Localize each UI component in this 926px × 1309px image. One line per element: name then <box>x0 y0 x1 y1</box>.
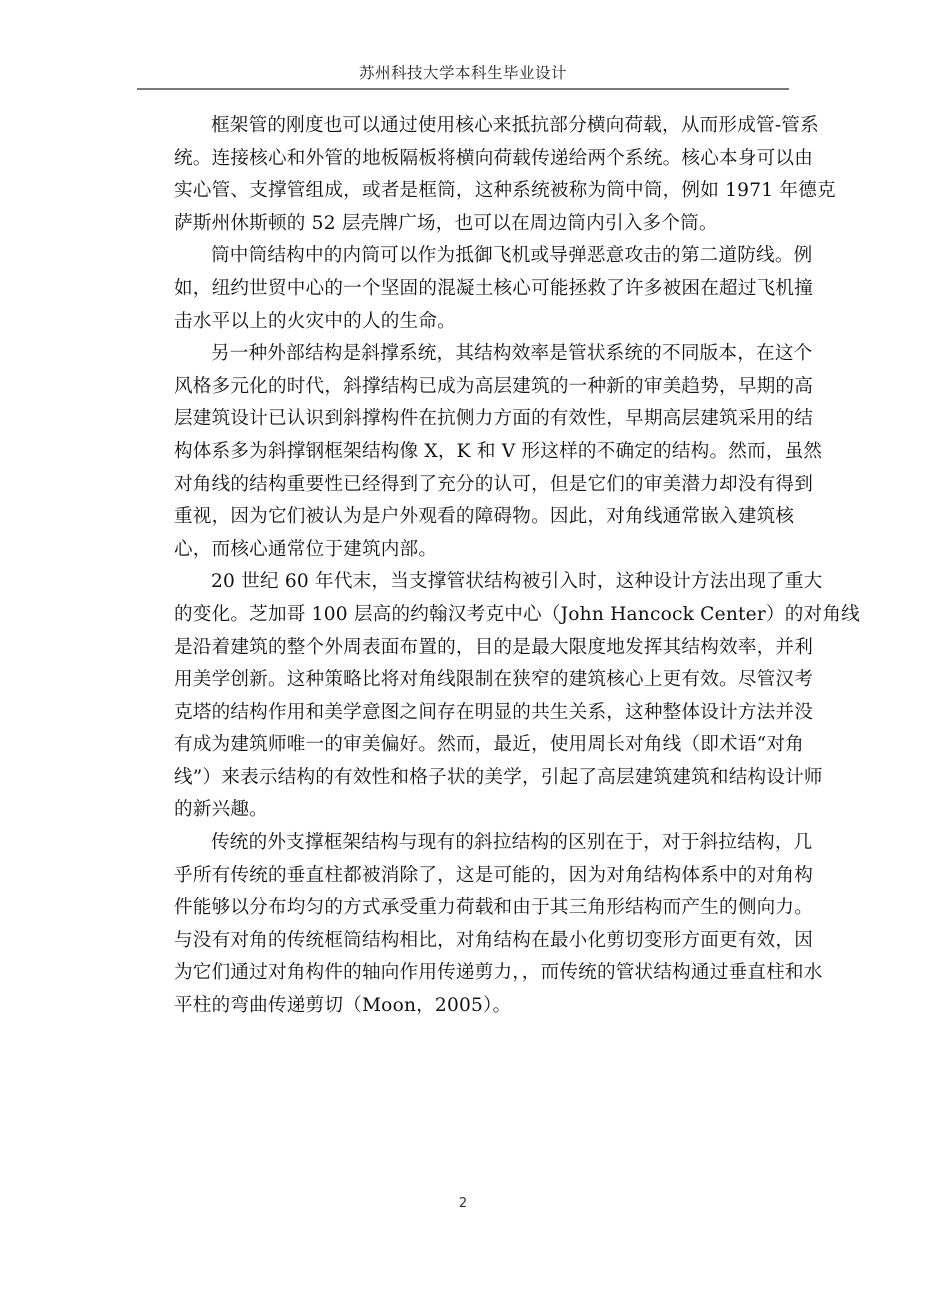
text-line: 击水平以上的火灾中的人的生命。 <box>137 306 789 339</box>
text-line: 层建筑设计已认识到斜撑构件在抗侧力方面的有效性，早期高层建筑采用的结 <box>137 403 789 436</box>
text-line: 心，而核心通常位于建筑内部。 <box>137 534 789 567</box>
text-line: 20 世纪 60 年代末，当支撑管状结构被引入时，这种设计方法出现了重大 <box>137 566 789 599</box>
text-line: 平柱的弯曲传递剪切（Moon，2005）。 <box>137 990 789 1023</box>
text-line: 用美学创新。这种策略比将对角线限制在狭窄的建筑核心上更有效。尽管汉考 <box>137 664 789 697</box>
text-line: 筒中筒结构中的内筒可以作为抵御飞机或导弹恶意攻击的第二道防线。例 <box>137 240 789 273</box>
header-divider <box>137 88 789 90</box>
text-line: 件能够以分布均匀的方式承受重力荷载和由于其三角形结构而产生的侧向力。 <box>137 892 789 925</box>
paragraph-braced-system: 另一种外部结构是斜撑系统，其结构效率是管状系统的不同版本，在这个 风格多元化的时… <box>137 338 789 566</box>
text-line: 克塔的结构作用和美学意图之间存在明显的共生关系，这种整体设计方法并没 <box>137 697 789 730</box>
text-line: 实心管、支撑管组成，或者是框筒，这种系统被称为筒中筒，例如 1971 年德克 <box>137 175 789 208</box>
text-line: 如，纽约世贸中心的一个坚固的混凝土核心可能拯救了许多被困在超过飞机撞 <box>137 273 789 306</box>
text-line: 对角线的结构重要性已经得到了充分的认可，但是它们的审美潜力却没有得到 <box>137 469 789 502</box>
document-body: 框架管的刚度也可以通过使用核心来抵抗部分横向荷载，从而形成管-管系 统。连接核心… <box>137 110 789 1023</box>
text-line: 为它们通过对角构件的轴向作用传递剪力，，而传统的管状结构通过垂直柱和水 <box>137 957 789 990</box>
text-line: 是沿着建筑的整个外周表面布置的，目的是最大限度地发挥其结构效率，并利 <box>137 632 789 665</box>
text-line: 的变化。芝加哥 100 层高的约翰汉考克中心（John Hancock Cent… <box>137 599 789 632</box>
text-line: 传统的外支撑框架结构与现有的斜拉结构的区别在于，对于斜拉结构，几 <box>137 827 789 860</box>
paragraph-tube-in-tube-intro: 框架管的刚度也可以通过使用核心来抵抗部分横向荷载，从而形成管-管系 统。连接核心… <box>137 110 789 240</box>
text-line: 萨斯州休斯顿的 52 层壳牌广场，也可以在周边筒内引入多个筒。 <box>137 208 789 241</box>
text-line: 构体系多为斜撑钢框架结构像 X，K 和 V 形这样的不确定的结构。然而，虽然 <box>137 436 789 469</box>
text-line: 乎所有传统的垂直柱都被消除了，这是可能的，因为对角结构体系中的对角构 <box>137 860 789 893</box>
text-line: 的新兴趣。 <box>137 794 789 827</box>
text-line: 线”）来表示结构的有效性和格子状的美学，引起了高层建筑建筑和结构设计师 <box>137 762 789 795</box>
text-line: 重视，因为它们被认为是户外观看的障碍物。因此，对角线通常嵌入建筑核 <box>137 501 789 534</box>
text-line: 另一种外部结构是斜撑系统，其结构效率是管状系统的不同版本，在这个 <box>137 338 789 371</box>
page-number: 2 <box>0 1196 926 1211</box>
paragraph-diagrid-comparison: 传统的外支撑框架结构与现有的斜拉结构的区别在于，对于斜拉结构，几 乎所有传统的垂… <box>137 827 789 1023</box>
text-line: 与没有对角的传统框筒结构相比，对角结构在最小化剪切变形方面更有效，因 <box>137 925 789 958</box>
page-header-title: 苏州科技大学本科生毕业设计 <box>137 62 789 84</box>
text-line: 风格多元化的时代，斜撑结构已成为高层建筑的一种新的审美趋势，早期的高 <box>137 371 789 404</box>
text-line: 框架管的刚度也可以通过使用核心来抵抗部分横向荷载，从而形成管-管系 <box>137 110 789 143</box>
paragraph-inner-tube-defense: 筒中筒结构中的内筒可以作为抵御飞机或导弹恶意攻击的第二道防线。例 如，纽约世贸中… <box>137 240 789 338</box>
paragraph-john-hancock-center: 20 世纪 60 年代末，当支撑管状结构被引入时，这种设计方法出现了重大 的变化… <box>137 566 789 827</box>
text-line: 有成为建筑师唯一的审美偏好。然而，最近，使用周长对角线（即术语“对角 <box>137 729 789 762</box>
text-line: 统。连接核心和外管的地板隔板将横向荷载传递给两个系统。核心本身可以由 <box>137 143 789 176</box>
